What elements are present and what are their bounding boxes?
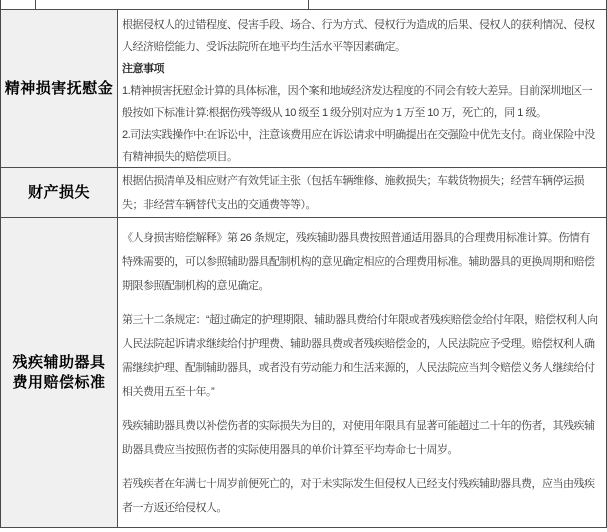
cut-cell [309, 0, 606, 9]
row-content-mental-damage: 根据侵权人的过错程度、侵害手段、场合、行为方式、侵权行为造成的后果、侵权人的获利… [118, 10, 606, 167]
table-row-property-loss: 财产损失 根据估损清单及相应财产有效凭证主张（包括车辆维修、施救损失；车载货物损… [1, 168, 606, 218]
paragraph: 残疾辅助器具费以补偿伤者的实际损失为目的，对使用年限具有显著可能超过二十年的伤者… [122, 414, 600, 462]
compensation-table: 精神损害抚慰金 根据侵权人的过错程度、侵害手段、场合、行为方式、侵权行为造成的后… [0, 0, 607, 528]
paragraph: 根据估损清单及相应财产有效凭证主张（包括车辆维修、施救损失；车载货物损失；经营车… [122, 169, 600, 217]
paragraph: 2.司法实践操作中:在诉讼中，注意该费用应在诉讼请求中明确提出在交强险中优先支付… [122, 124, 600, 167]
row-content-assistive-device: 《人身损害赔偿解释》第 26 条规定，残疾辅助器具费按照普通适用器具的合理费用标… [118, 218, 606, 527]
row-content-property-loss: 根据估损清单及相应财产有效凭证主张（包括车辆维修、施救损失；车载货物损失；经营车… [118, 168, 606, 217]
row-header-property-loss: 财产损失 [1, 168, 118, 217]
row-header-label: 精神损害抚慰金 [5, 79, 114, 99]
table-row-assistive-device: 残疾辅助器具 费用赔偿标准 《人身损害赔偿解释》第 26 条规定，残疾辅助器具费… [1, 218, 606, 528]
paragraph: 根据侵权人的过错程度、侵害手段、场合、行为方式、侵权行为造成的后果、侵权人的获利… [122, 14, 600, 58]
row-header-label-line1: 残疾辅助器具 [12, 353, 105, 373]
table-row-mental-damage: 精神损害抚慰金 根据侵权人的过错程度、侵害手段、场合、行为方式、侵权行为造成的后… [1, 10, 606, 168]
paragraph-note-heading: 注意事项 [122, 58, 600, 80]
legal-compensation-document: 精神损害抚慰金 根据侵权人的过错程度、侵害手段、场合、行为方式、侵权行为造成的后… [0, 0, 607, 532]
row-header-label-line2: 费用赔偿标准 [12, 373, 105, 393]
table-cut-row [1, 0, 606, 10]
paragraph: 若残疾者在年满七十周岁前便死亡的，对于未实际发生但侵权人已经支付残疾辅助器具费，… [122, 472, 600, 520]
row-header-assistive-device: 残疾辅助器具 费用赔偿标准 [1, 218, 118, 527]
row-header-label: 财产损失 [28, 183, 90, 203]
row-header-mental-damage: 精神损害抚慰金 [1, 10, 118, 167]
cut-cell [1, 0, 36, 9]
cut-cell [36, 0, 309, 9]
paragraph: 第三十二条规定：“超过确定的护理期限、辅助器具费给付年限或者残疾赔偿金给付年限，… [122, 308, 600, 404]
paragraph: 《人身损害赔偿解释》第 26 条规定，残疾辅助器具费按照普通适用器具的合理费用标… [122, 226, 600, 298]
paragraph: 1.精神损害抚慰金计算的具体标准，因个案和地域经济发达程度的不同会有较大差异。目… [122, 80, 600, 124]
